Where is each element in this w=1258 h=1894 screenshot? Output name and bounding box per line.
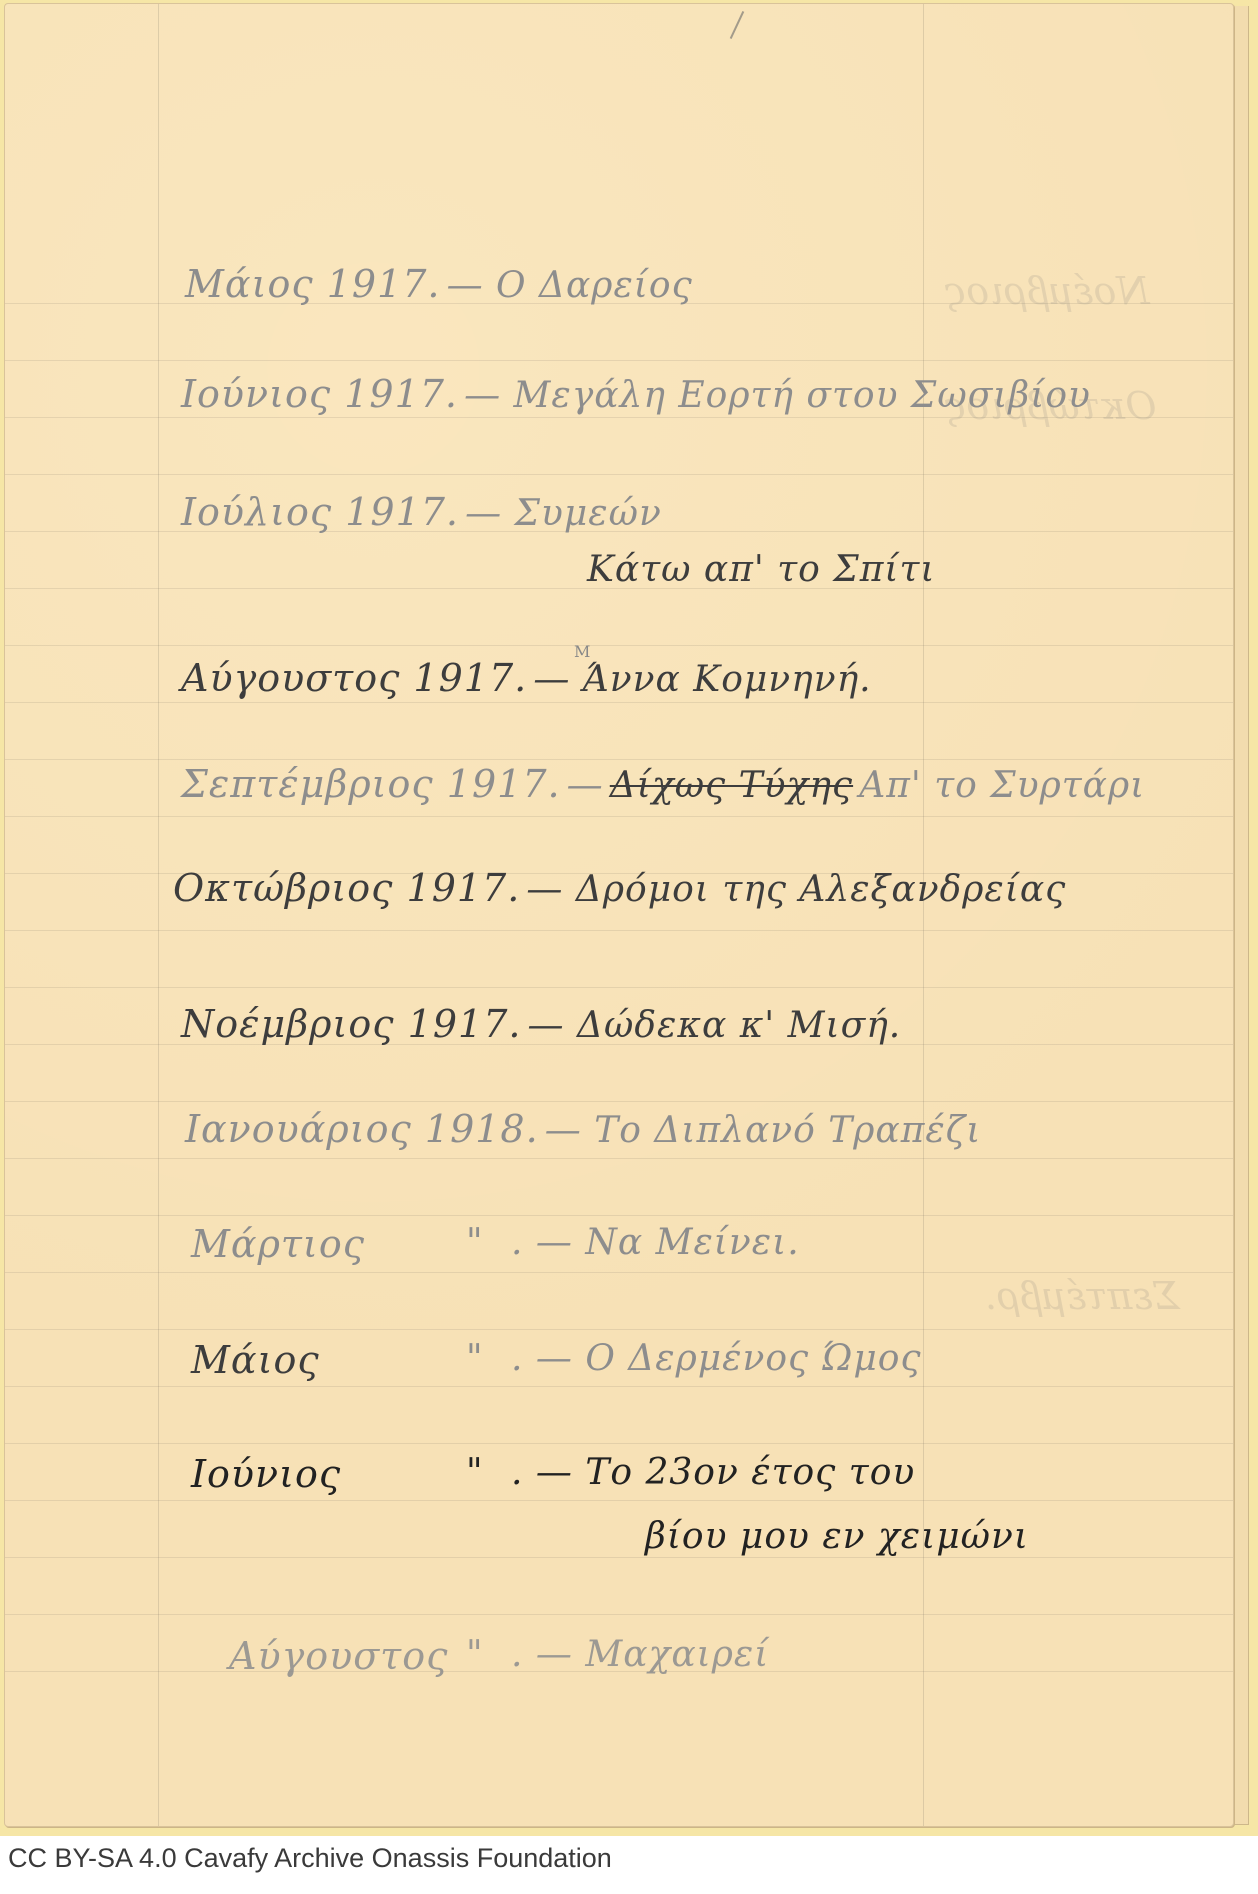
ruled-line bbox=[5, 1272, 1233, 1273]
entry-title: — Μεγάλη Εορτή στου Σωσιβίου bbox=[464, 375, 1091, 416]
manuscript-page: Νοέμβριος Οκτώβριος Σεπτέμβρ. Μάιος 1917… bbox=[4, 3, 1234, 1827]
entry-11-line2: βίου μου εν χειμώνι bbox=[645, 1516, 1029, 1557]
ditto-mark: " bbox=[466, 1222, 484, 1263]
pencil-mark bbox=[730, 11, 744, 39]
ruled-line bbox=[5, 1557, 1233, 1558]
entry-title: — Ο Δαρείος bbox=[447, 265, 693, 306]
ruled-line bbox=[5, 360, 1233, 361]
ruled-line bbox=[5, 1215, 1233, 1216]
ruled-line bbox=[5, 930, 1233, 931]
entry-8: Ιανουάριος 1918. — Το Διπλανό Τραπέζι bbox=[185, 1107, 981, 1151]
bleed-through-text: Σεπτέμβρ. bbox=[985, 1274, 1180, 1318]
entry-title: — Το Διπλανό Τραπέζι bbox=[545, 1110, 982, 1151]
ruled-line bbox=[5, 1614, 1233, 1615]
entry-2: Ιούνιος 1917. — Μεγάλη Εορτή στου Σωσιβί… bbox=[181, 372, 1091, 416]
ruled-line bbox=[5, 816, 1233, 817]
ruled-line bbox=[5, 474, 1233, 475]
ruled-line bbox=[5, 987, 1233, 988]
ruled-line bbox=[5, 1386, 1233, 1387]
entry-3: Ιούλιος 1917. — Συμεών bbox=[181, 490, 662, 534]
entry-title: — Δώδεκα κ' Μισή. bbox=[528, 1005, 902, 1046]
entry-3-line2: Κάτω απ' το Σπίτι bbox=[587, 549, 936, 590]
entry-date: Ιούλιος 1917. bbox=[181, 490, 459, 534]
margin-rule-left bbox=[158, 4, 159, 1826]
bleed-through-text: Νοέμβριος bbox=[945, 269, 1150, 313]
ruled-line bbox=[5, 1500, 1233, 1501]
ditto-mark: " bbox=[466, 1634, 484, 1675]
license-caption: CC BY-SA 4.0 Cavafy Archive Onassis Foun… bbox=[8, 1843, 612, 1874]
ruled-line bbox=[5, 759, 1233, 760]
entry-date: Ιούνιος 1917. bbox=[181, 372, 458, 416]
entry-title: . — Ο Δερμένος Ώμος bbox=[511, 1338, 922, 1379]
entry-date: Ιούνιος bbox=[191, 1452, 341, 1496]
ruled-line bbox=[5, 1329, 1233, 1330]
entry-date: Σεπτέμβριος 1917. bbox=[181, 762, 561, 806]
entry-date: Μάρτιος bbox=[191, 1222, 365, 1266]
entry-date: Μάιος bbox=[191, 1338, 320, 1382]
entry-title: . — Να Μείνει. bbox=[511, 1222, 800, 1263]
entry-title: Απ' το Συρτάρι bbox=[859, 765, 1145, 806]
entry-date: Αύγουστος 1917. bbox=[181, 656, 527, 700]
ruled-line bbox=[5, 702, 1233, 703]
entry-title: . — Το 23ον έτος του bbox=[511, 1452, 915, 1493]
entry-title: . — Μαχαιρεί bbox=[511, 1634, 769, 1675]
superscript-mark: M bbox=[574, 642, 591, 661]
entry-5: Σεπτέμβριος 1917. — Δίχως Τύχης Απ' το Σ… bbox=[181, 762, 1145, 806]
entry-title-continued: βίου μου εν χειμώνι bbox=[645, 1516, 1029, 1557]
ruled-line bbox=[5, 1443, 1233, 1444]
entry-title-continued: Κάτω απ' το Σπίτι bbox=[587, 549, 936, 590]
ditto-mark: " bbox=[466, 1452, 484, 1493]
ditto-mark: " bbox=[466, 1338, 484, 1379]
entry-date: Νοέμβριος 1917. bbox=[181, 1002, 521, 1046]
entry-6: Οκτώβριος 1917. — Δρόμοι της Αλεξανδρεία… bbox=[173, 866, 1066, 910]
entry-7: Νοέμβριος 1917. — Δώδεκα κ' Μισή. bbox=[181, 1002, 901, 1046]
entry-date: Μάιος 1917. bbox=[185, 262, 441, 306]
ruled-line bbox=[5, 1158, 1233, 1159]
entry-title: — Άννα Κομνηνή. bbox=[533, 659, 871, 700]
entry-dash: — bbox=[567, 765, 604, 806]
ruled-line bbox=[5, 645, 1233, 646]
entry-4: Αύγουστος 1917. — Άννα Κομνηνή. M bbox=[181, 656, 872, 700]
entry-date: Αύγουστος bbox=[229, 1634, 448, 1678]
entry-title-struck: Δίχως Τύχης bbox=[610, 765, 853, 806]
entry-date: Ιανουάριος 1918. bbox=[185, 1107, 539, 1151]
entry-date: Οκτώβριος 1917. bbox=[173, 866, 520, 910]
entry-1: Μάιος 1917. — Ο Δαρείος bbox=[185, 262, 693, 306]
entry-title: — Συμεών bbox=[465, 493, 662, 534]
entry-title: — Δρόμοι της Αλεξανδρείας bbox=[526, 869, 1066, 910]
ruled-line bbox=[5, 1101, 1233, 1102]
